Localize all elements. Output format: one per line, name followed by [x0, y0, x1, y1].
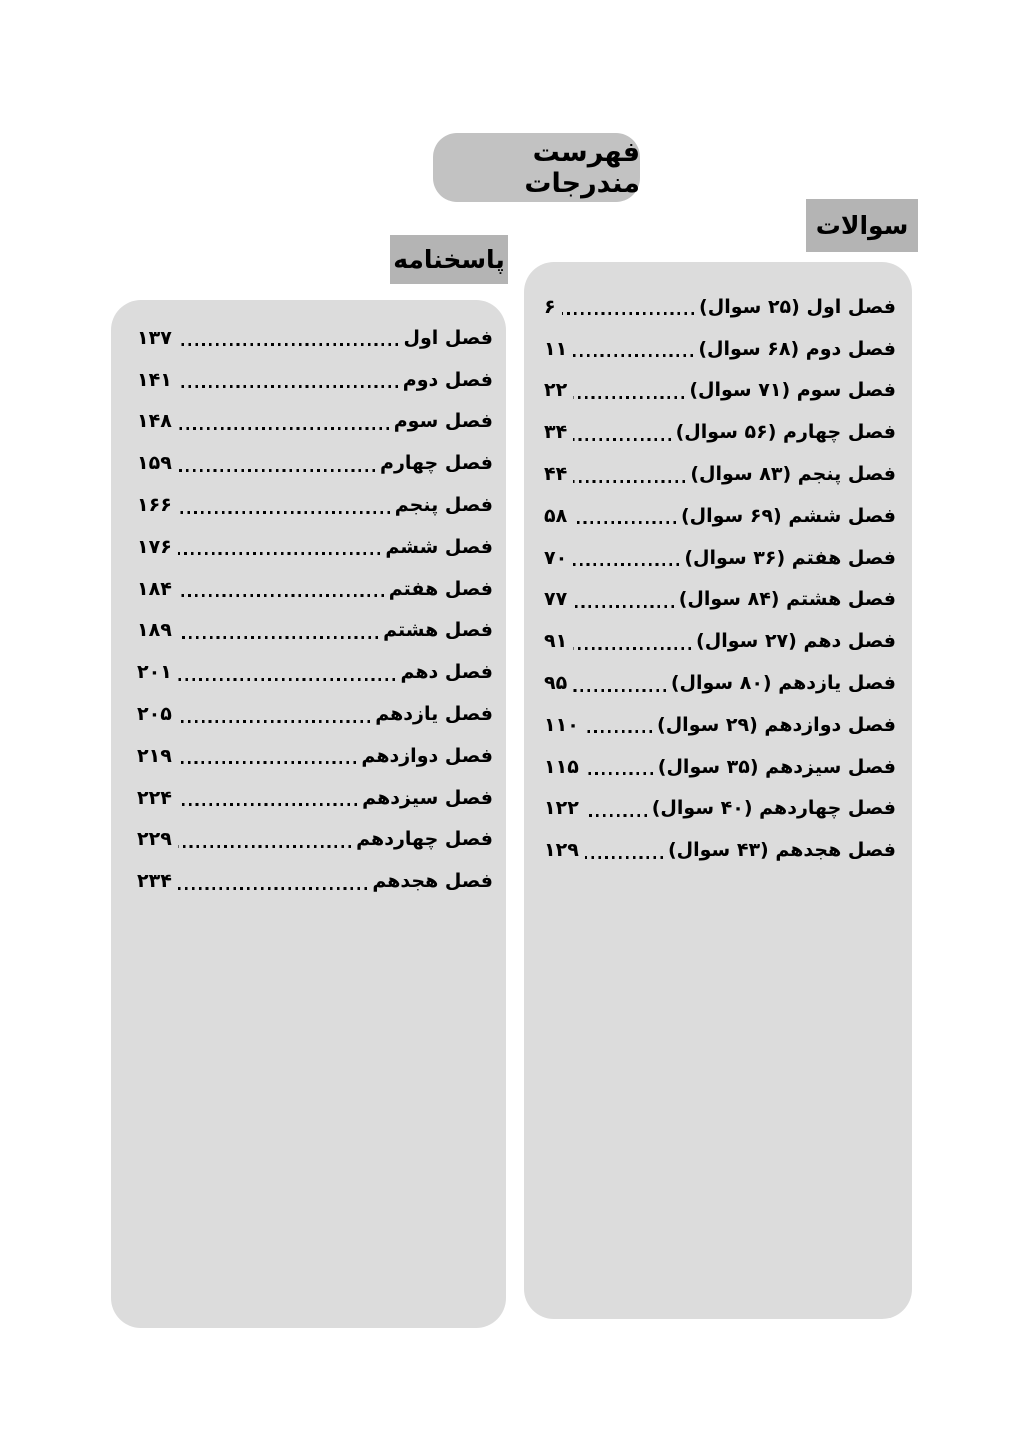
toc-row: فصل چهارم (۵۶ سوال) ۳۴ — [544, 411, 896, 453]
page-number: ۱۱۵ — [544, 756, 579, 778]
dotted-leader — [178, 343, 399, 346]
toc-row: فصل چهاردهم (۴۰ سوال) ۱۲۲ — [544, 788, 896, 830]
toc-page: { "page": { "title": "فهرست مندرجات" }, … — [0, 0, 1022, 1447]
page-number: ۱۷۶ — [137, 536, 172, 558]
toc-row: فصل سیزدهم ۲۲۴ — [137, 777, 493, 819]
dotted-leader — [178, 678, 396, 681]
page-number: ۱۲۲ — [544, 797, 579, 819]
page-number: ۲۳۴ — [137, 870, 172, 892]
toc-row: فصل چهاردهم ۲۲۹ — [137, 819, 493, 861]
chapter-title: فصل اول (۲۵ سوال) — [699, 296, 896, 318]
chapter-title: فصل هشتم (۸۴ سوال) — [679, 588, 896, 610]
dotted-leader — [178, 636, 378, 639]
dotted-leader — [562, 312, 694, 315]
chapter-title: فصل دهم — [400, 661, 493, 683]
page-number: ۱۸۴ — [137, 578, 172, 600]
page-number: ۱۶۶ — [137, 494, 172, 516]
page-number: ۲۲۴ — [137, 787, 172, 809]
dotted-leader — [178, 427, 389, 430]
page-number: ۵۸ — [544, 505, 567, 527]
dotted-leader — [178, 552, 381, 555]
page-number: ۲۲۹ — [137, 828, 172, 850]
dotted-leader — [178, 803, 357, 806]
page-title: فهرست مندرجات — [433, 133, 640, 202]
answers-section-header: پاسخنامه — [390, 235, 508, 284]
page-number: ۲۲ — [544, 379, 567, 401]
chapter-title: فصل پنجم (۸۳ سوال) — [690, 463, 896, 485]
dotted-leader — [573, 521, 676, 524]
page-number: ۱۲۹ — [544, 839, 579, 861]
chapter-title: فصل یازدهم (۸۰ سوال) — [671, 672, 896, 694]
toc-row: فصل دوم (۶۸ سوال) ۱۱ — [544, 328, 896, 370]
questions-section-header: سوالات — [806, 199, 918, 252]
chapter-title: فصل ششم (۶۹ سوال) — [681, 505, 896, 527]
dotted-leader — [573, 689, 666, 692]
chapter-title: فصل دوم — [403, 369, 493, 391]
toc-row: فصل دوم ۱۴۱ — [137, 359, 493, 401]
chapter-title: فصل دوازدهم (۲۹ سوال) — [657, 714, 896, 736]
toc-row: فصل یازدهم (۸۰ سوال) ۹۵ — [544, 662, 896, 704]
toc-row: فصل پنجم (۸۳ سوال) ۴۴ — [544, 453, 896, 495]
toc-row: فصل سوم (۷۱ سوال) ۲۲ — [544, 370, 896, 412]
chapter-title: فصل یازدهم — [375, 703, 493, 725]
page-number: ۱۱۰ — [544, 714, 579, 736]
page-number: ۲۰۵ — [137, 703, 172, 725]
toc-row: فصل هجدهم (۴۳ سوال) ۱۲۹ — [544, 829, 896, 871]
chapter-title: فصل هجدهم — [372, 870, 493, 892]
chapter-title: فصل هشتم — [383, 619, 493, 641]
dotted-leader — [573, 647, 691, 650]
chapter-title: فصل هجدهم (۴۳ سوال) — [668, 839, 896, 861]
toc-row: فصل هفتم ۱۸۴ — [137, 568, 493, 610]
page-number: ۱۴۱ — [137, 369, 172, 391]
chapter-title: فصل سوم — [394, 410, 493, 432]
dotted-leader — [573, 563, 679, 566]
page-number: ۱۸۹ — [137, 619, 172, 641]
chapter-title: فصل دوم (۶۸ سوال) — [698, 338, 896, 360]
toc-row: فصل اول (۲۵ سوال) ۶ — [544, 286, 896, 328]
page-number: ۳۴ — [544, 421, 567, 443]
dotted-leader — [573, 354, 693, 357]
page-number: ۲۱۹ — [137, 745, 172, 767]
page-number: ۹۱ — [544, 630, 567, 652]
page-number: ۱۵۹ — [137, 452, 172, 474]
toc-row: فصل هفتم (۳۶ سوال) ۷۰ — [544, 537, 896, 579]
toc-row: فصل چهارم ۱۵۹ — [137, 442, 493, 484]
page-number: ۷۷ — [544, 588, 567, 610]
page-number: ۱۱ — [544, 338, 567, 360]
chapter-title: فصل پنجم — [395, 494, 493, 516]
chapter-title: فصل سیزدهم — [362, 787, 493, 809]
toc-row: فصل اول ۱۳۷ — [137, 317, 493, 359]
toc-row: فصل ششم (۶۹ سوال) ۵۸ — [544, 495, 896, 537]
toc-row: فصل هجدهم ۲۳۴ — [137, 860, 493, 902]
dotted-leader — [573, 605, 673, 608]
chapter-title: فصل دوازدهم — [361, 745, 493, 767]
dotted-leader — [585, 730, 652, 733]
page-number: ۶ — [544, 296, 556, 318]
page-number: ۴۴ — [544, 463, 567, 485]
chapter-title: فصل دهم (۲۷ سوال) — [696, 630, 896, 652]
dotted-leader — [178, 887, 368, 890]
page-number: ۱۳۷ — [137, 327, 172, 349]
page-number: ۷۰ — [544, 547, 567, 569]
dotted-leader — [178, 720, 370, 723]
chapter-title: فصل چهاردهم (۴۰ سوال) — [652, 797, 896, 819]
page-number: ۲۰۱ — [137, 661, 172, 683]
toc-row: فصل دهم ۲۰۱ — [137, 651, 493, 693]
page-number: ۱۴۸ — [137, 410, 172, 432]
toc-row: فصل دوازدهم ۲۱۹ — [137, 735, 493, 777]
dotted-leader — [178, 511, 390, 514]
dotted-leader — [573, 438, 670, 441]
chapter-title: فصل ششم — [385, 536, 493, 558]
dotted-leader — [585, 814, 647, 817]
answers-list: فصل اول ۱۳۷ فصل دوم ۱۴۱ فصل سوم ۱۴۸ فصل … — [111, 300, 506, 1328]
chapter-title: فصل اول — [403, 327, 493, 349]
toc-row: فصل دوازدهم (۲۹ سوال) ۱۱۰ — [544, 704, 896, 746]
dotted-leader — [585, 772, 653, 775]
page-number: ۹۵ — [544, 672, 567, 694]
chapter-title: فصل سوم (۷۱ سوال) — [689, 379, 896, 401]
dotted-leader — [178, 385, 398, 388]
toc-row: فصل یازدهم ۲۰۵ — [137, 693, 493, 735]
chapter-title: فصل هفتم — [389, 578, 493, 600]
toc-row: فصل دهم (۲۷ سوال) ۹۱ — [544, 620, 896, 662]
chapter-title: فصل چهارم (۵۶ سوال) — [676, 421, 896, 443]
toc-row: فصل سوم ۱۴۸ — [137, 401, 493, 443]
chapter-title: فصل چهاردهم — [356, 828, 493, 850]
dotted-leader — [178, 469, 375, 472]
toc-row: فصل پنجم ۱۶۶ — [137, 484, 493, 526]
chapter-title: فصل هفتم (۳۶ سوال) — [684, 547, 896, 569]
dotted-leader — [573, 480, 685, 483]
chapter-title: فصل سیزدهم (۳۵ سوال) — [658, 756, 896, 778]
questions-list: فصل اول (۲۵ سوال) ۶ فصل دوم (۶۸ سوال) ۱۱… — [524, 262, 912, 1319]
toc-row: فصل هشتم (۸۴ سوال) ۷۷ — [544, 579, 896, 621]
chapter-title: فصل چهارم — [380, 452, 493, 474]
toc-row: فصل هشتم ۱۸۹ — [137, 610, 493, 652]
dotted-leader — [573, 396, 684, 399]
dotted-leader — [178, 761, 357, 764]
dotted-leader — [585, 856, 663, 859]
toc-row: فصل ششم ۱۷۶ — [137, 526, 493, 568]
dotted-leader — [178, 845, 351, 848]
dotted-leader — [178, 594, 384, 597]
toc-row: فصل سیزدهم (۳۵ سوال) ۱۱۵ — [544, 746, 896, 788]
